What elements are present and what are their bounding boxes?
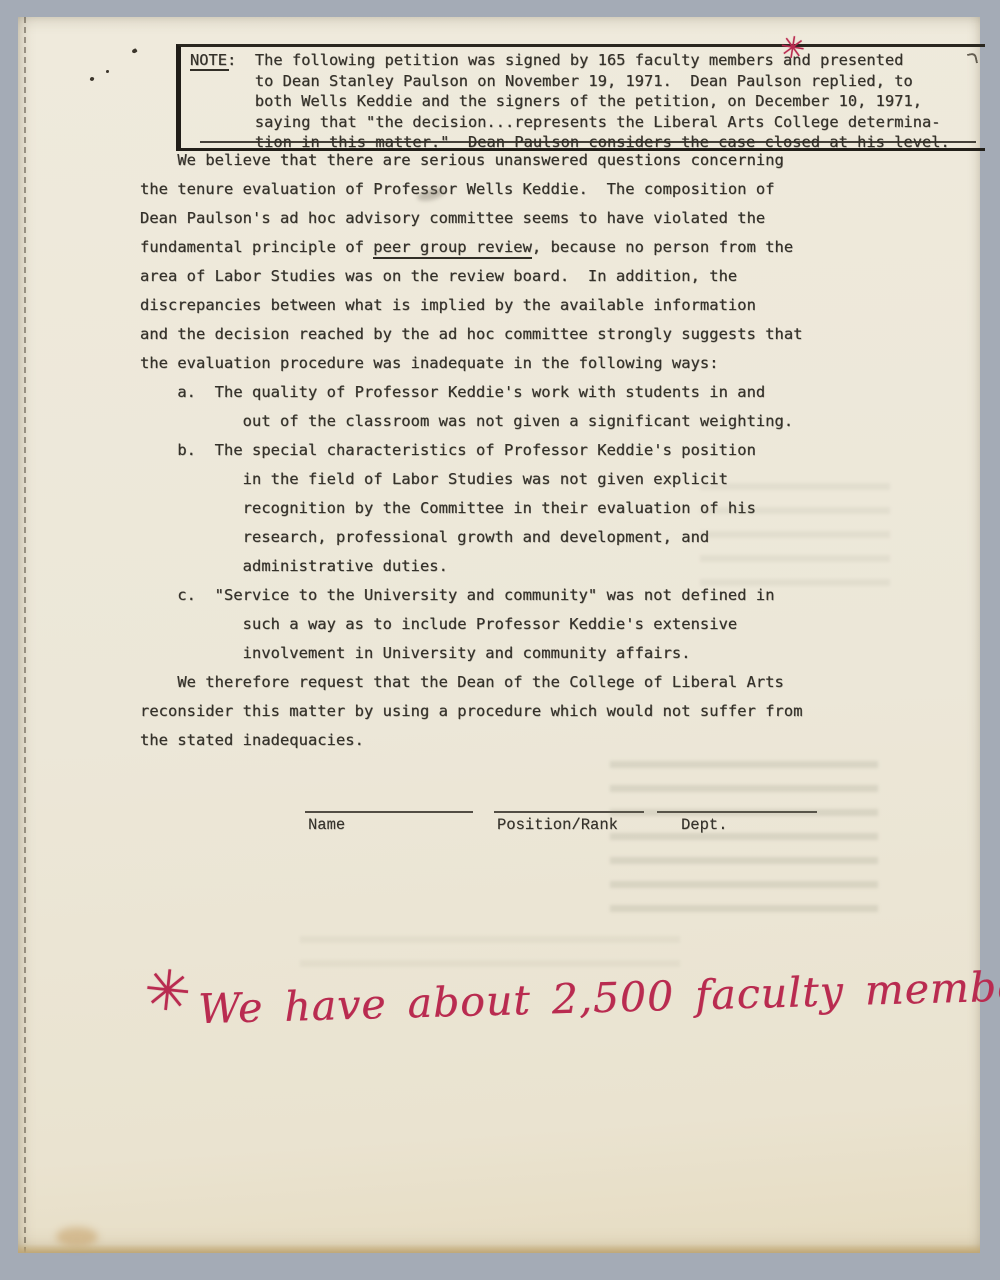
petition-body-text: We believe that there are serious unansw… xyxy=(140,146,803,755)
scanned-document-screenshot: { "page": { "background_color": "#a4abb6… xyxy=(0,0,1000,1280)
note-box-text: NOTE: The following petition was signed … xyxy=(190,50,950,153)
note-last-line-underline xyxy=(200,141,976,143)
corner-stain xyxy=(56,1227,98,1247)
bleed-through-ghost-text xyxy=(610,748,878,920)
note-label-underline xyxy=(190,69,229,71)
paper-page: NOTE: The following petition was signed … xyxy=(18,17,980,1253)
peer-group-review-underline xyxy=(373,257,532,259)
signature-line-name xyxy=(305,811,473,813)
paper-speck xyxy=(106,70,109,73)
bleed-through-ghost-text xyxy=(300,923,680,971)
handwritten-asterisk: ✳ xyxy=(141,957,194,1027)
paper-speck xyxy=(89,76,94,81)
handwritten-annotation-text: We have about 2,500 faculty members. xyxy=(198,961,1000,1034)
signature-column-label-position-rank: Position/Rank xyxy=(497,816,618,834)
paper-speck xyxy=(131,48,137,54)
bleed-through-ghost-text xyxy=(700,470,890,588)
signature-column-label-name: Name xyxy=(308,816,345,834)
left-edge-stitch-line xyxy=(24,17,26,1253)
